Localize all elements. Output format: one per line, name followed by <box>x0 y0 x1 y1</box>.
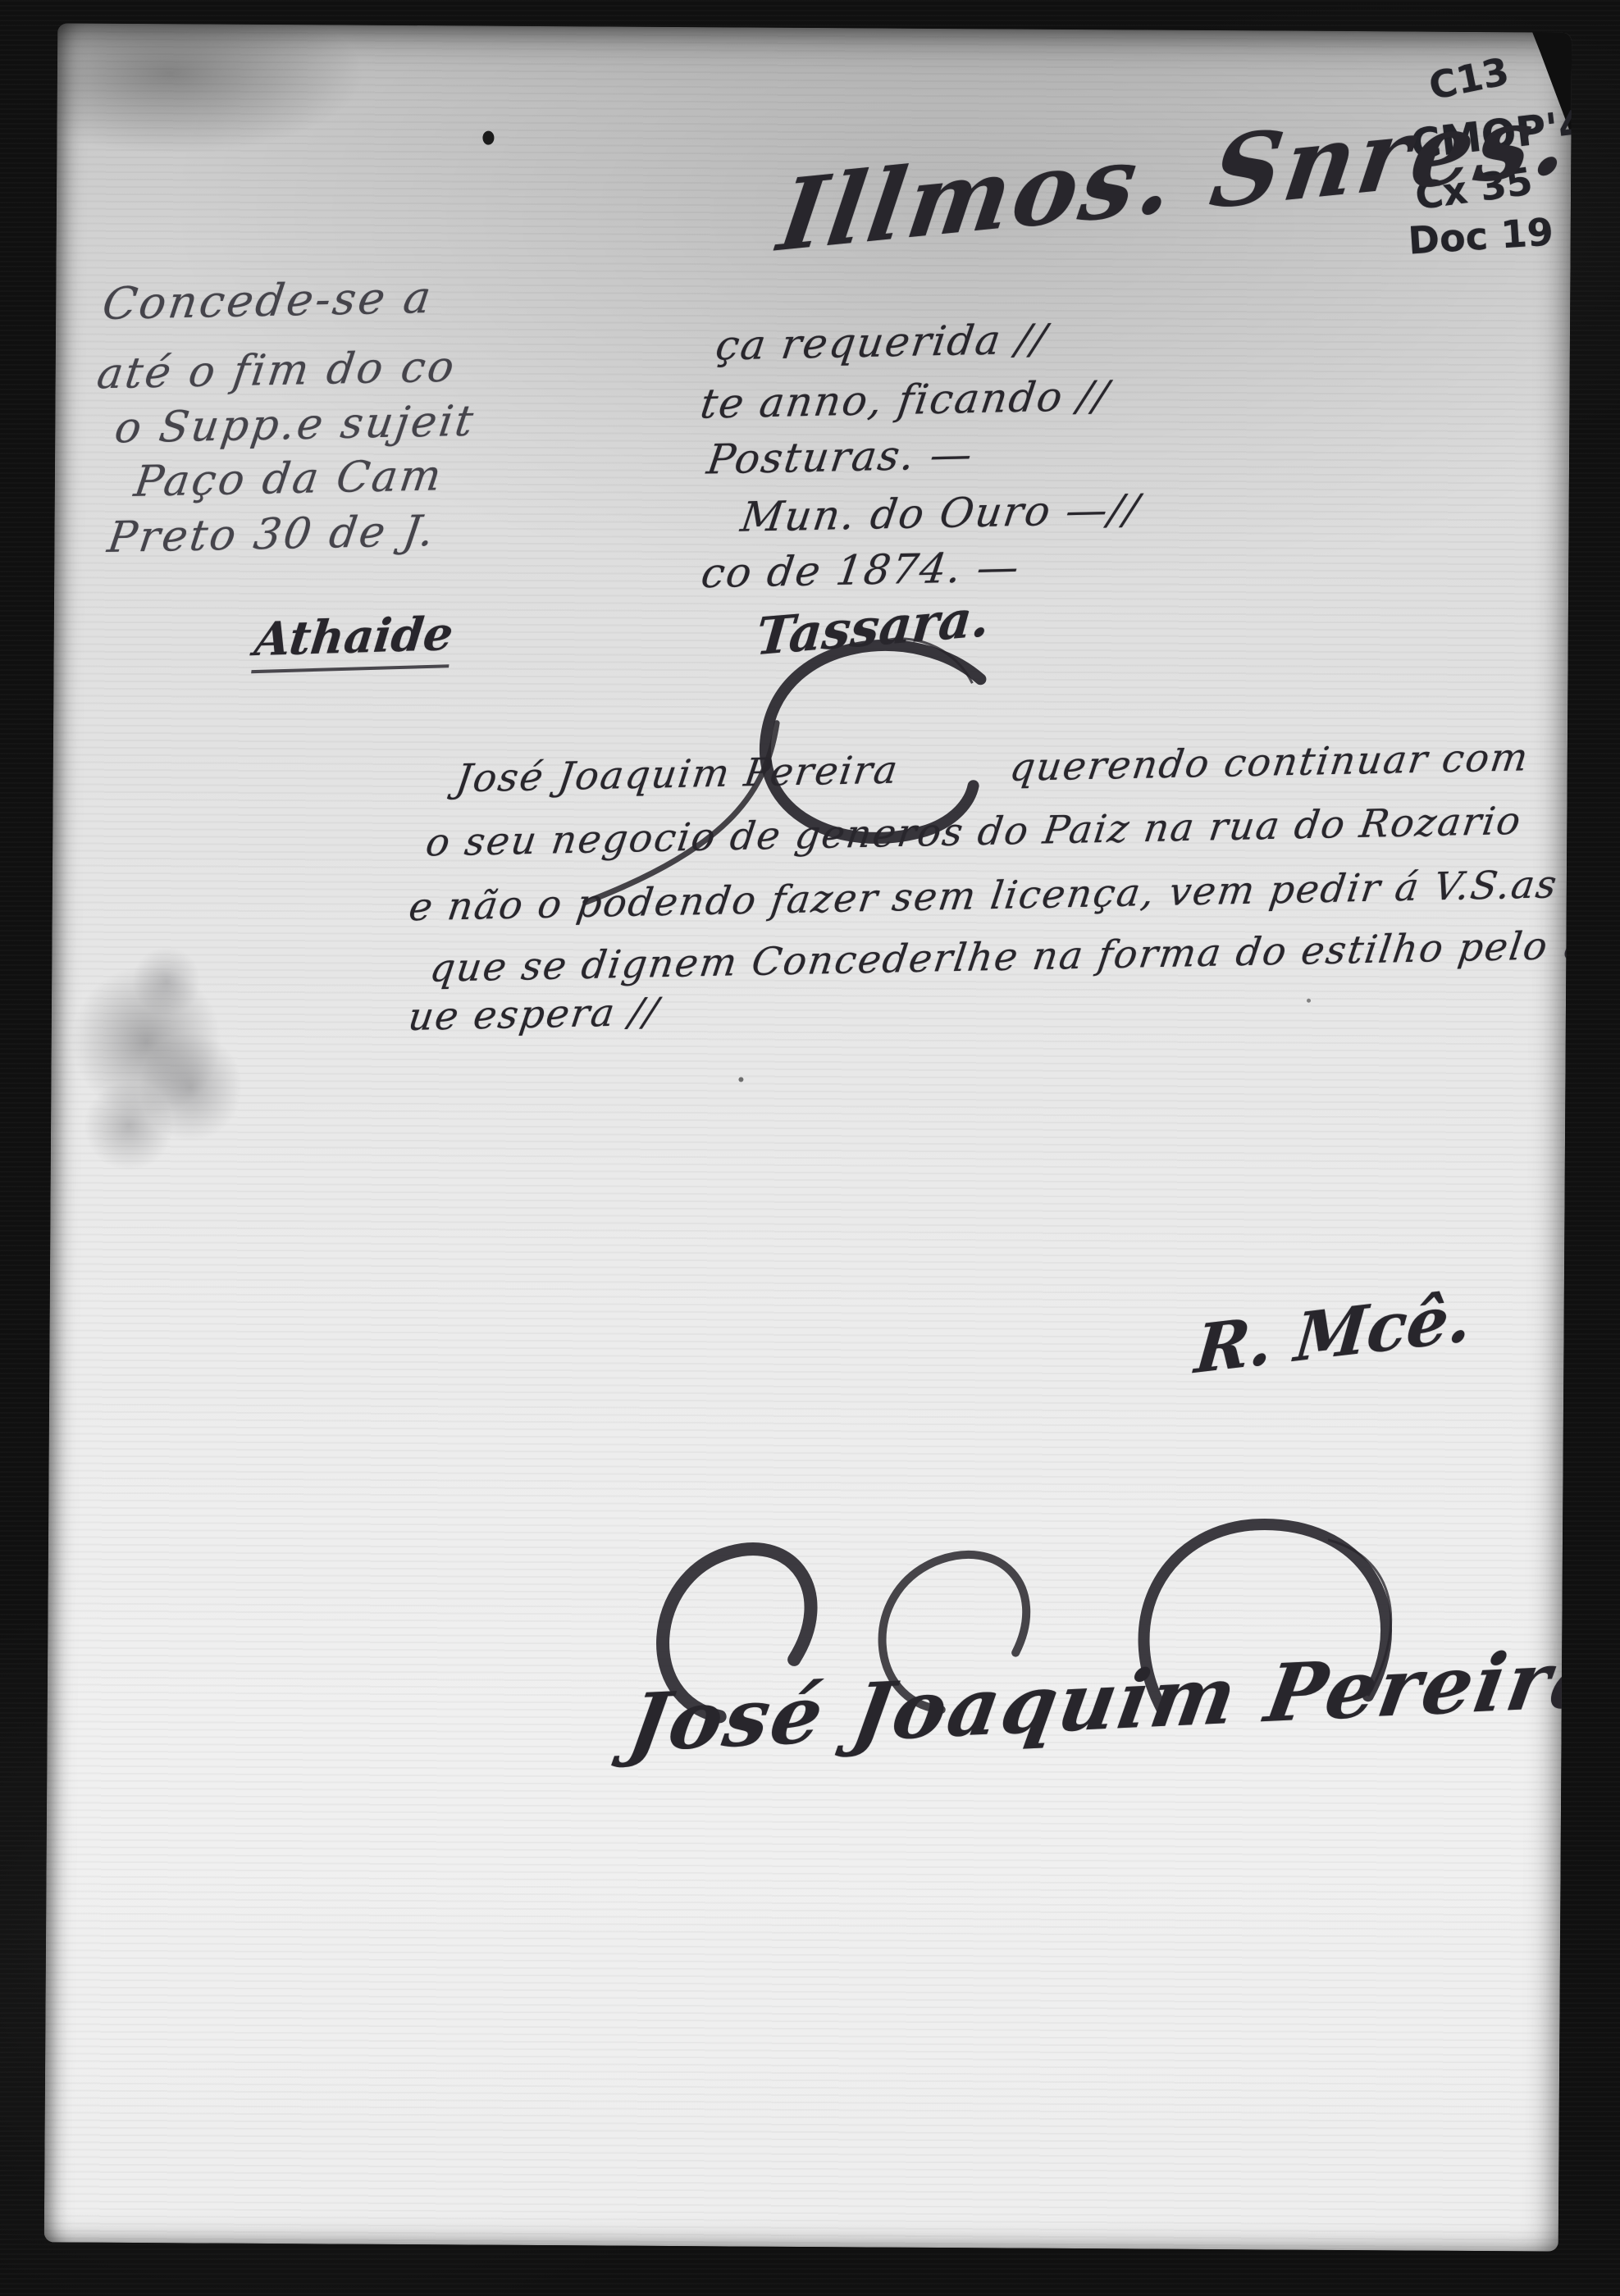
petition-line: José Joaquim Pereira querendo continuar … <box>454 738 1531 798</box>
dispatch-right-line: Posturas. — <box>705 434 976 480</box>
manuscript-page: C13 CMOP'4 Cx 35 Doc 19 Illmos. Snres. C… <box>44 23 1572 2251</box>
dispatch-left-line: Concede-se a <box>100 276 436 326</box>
ink-speck <box>738 1077 743 1082</box>
petition-line: o seu negocio de generos do Paiz na rua … <box>423 802 1524 863</box>
closing-formula: R. Mcê. <box>1193 1284 1475 1383</box>
dispatch-right-line: te anno, ficando // <box>698 376 1112 425</box>
ink-dot <box>482 131 494 145</box>
edge-stain <box>44 892 266 1246</box>
dispatch-right-line: ça requerida // <box>714 319 1051 367</box>
dispatch-left-line: até o fim do co <box>94 346 459 396</box>
dispatch-left-line: Paço da Cam <box>132 454 446 503</box>
scanned-document: C13 CMOP'4 Cx 35 Doc 19 Illmos. Snres. C… <box>0 0 1620 2296</box>
petition-line: e não o podendo fazer sem licença, vem p… <box>407 865 1560 927</box>
dispatch-left-line: Preto 30 de J. <box>105 510 439 559</box>
athaide-signature: Athaide <box>251 607 456 673</box>
archival-mark-doc: Doc 19 <box>1407 212 1554 259</box>
dispatch-right-line: co de 1874. — <box>699 547 1023 594</box>
corner-smudge <box>44 23 493 173</box>
petition-line: ue espera // <box>406 993 662 1036</box>
dispatch-left-signature: Athaide <box>151 565 460 712</box>
ink-speck <box>1307 999 1311 1003</box>
petition-line: que se dignem Concederlhe na forma do es… <box>427 926 1572 988</box>
dispatch-left-line: o Supp.e sujeit <box>112 400 478 450</box>
dispatch-right-line: Mun. do Ouro —// <box>738 489 1143 538</box>
